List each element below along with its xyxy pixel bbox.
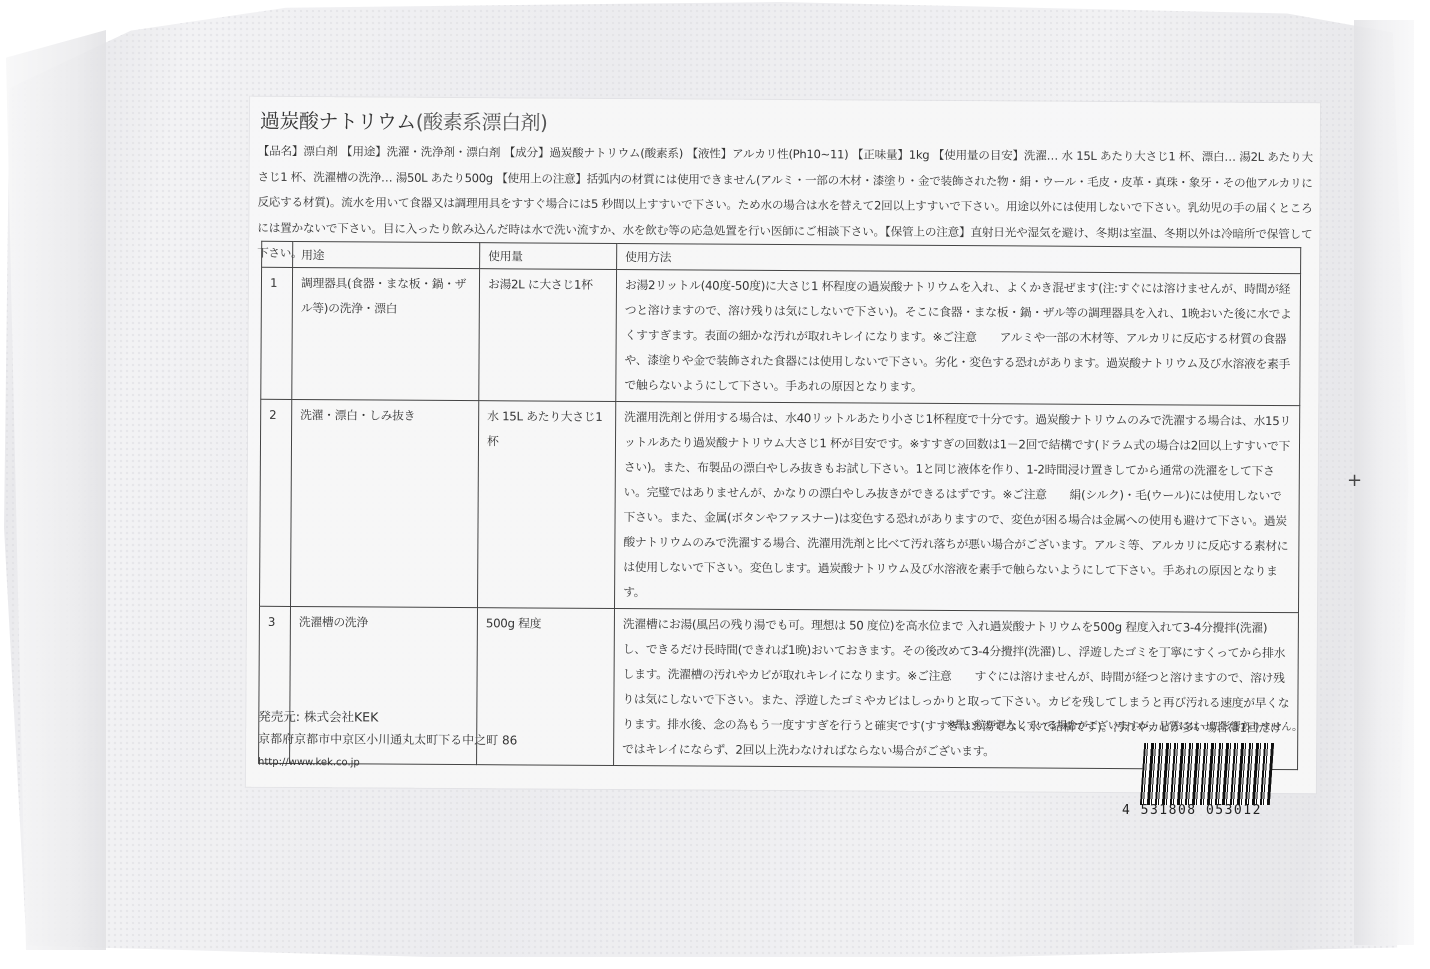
bag-seam-right (1354, 20, 1414, 945)
crosshair-icon: + (1347, 470, 1362, 491)
row-amount: お湯2L に大さじ1杯 (479, 269, 617, 402)
seller-name: 発売元: 株式会社KEK (258, 705, 517, 730)
seller-address: 京都府京都市中京区小川通丸太町下る中之町 86 (258, 728, 517, 753)
row-amount: 水 15L あたり大さじ1 杯 (478, 401, 616, 609)
product-label: 過炭酸ナトリウム(酸素系漂白剤) 【品名】漂白剤 【用途】洗濯・洗浄剤・漂白剤 … (246, 97, 1320, 794)
barcode-number: 4 531808 053012 (1122, 803, 1262, 818)
product-subtitle: (酸素系漂白剤) (416, 110, 548, 135)
usage-table: 用途 使用量 使用方法 1 調理器具(食器・まな板・鍋・ザル等)の洗浄・漂白 お… (258, 241, 1301, 770)
row-num: 1 (261, 267, 293, 399)
table-row: 1 調理器具(食器・まな板・鍋・ザル等)の洗浄・漂白 お湯2L に大さじ1杯 お… (261, 267, 1301, 405)
row-use: 洗濯・漂白・しみ抜き (291, 399, 479, 607)
row-use: 調理器具(食器・まな板・鍋・ザル等)の洗浄・漂白 (292, 268, 480, 401)
header-use: 用途 (293, 242, 480, 269)
table-row: 2 洗濯・漂白・しみ抜き 水 15L あたり大さじ1 杯 洗濯用洗剤と併用する場… (260, 399, 1300, 612)
seller-info: 発売元: 株式会社KEK 京都府京都市中京区小川通丸太町下る中之町 86 htt… (258, 705, 518, 776)
seller-url: http://www.kek.co.jp (258, 751, 517, 776)
row-method: お湯2リットル(40度-50度)に大さじ1 杯程度の過炭酸ナトリウムを入れ、よく… (616, 269, 1301, 405)
product-name: 過炭酸ナトリウム (260, 109, 416, 134)
quality-note: ※黒い粒が混入している場合がございますが、品質には一切影響ありません。 (946, 717, 1302, 734)
row-method: 洗濯用洗剤と併用する場合は、水40リットルあたり小さじ1杯程度で十分です。過炭酸… (614, 401, 1299, 612)
barcode-icon (1140, 743, 1274, 805)
header-amount: 使用量 (480, 243, 617, 270)
row-num: 2 (260, 399, 292, 606)
product-title: 過炭酸ナトリウム(酸素系漂白剤) (260, 105, 548, 136)
header-num (262, 241, 293, 267)
